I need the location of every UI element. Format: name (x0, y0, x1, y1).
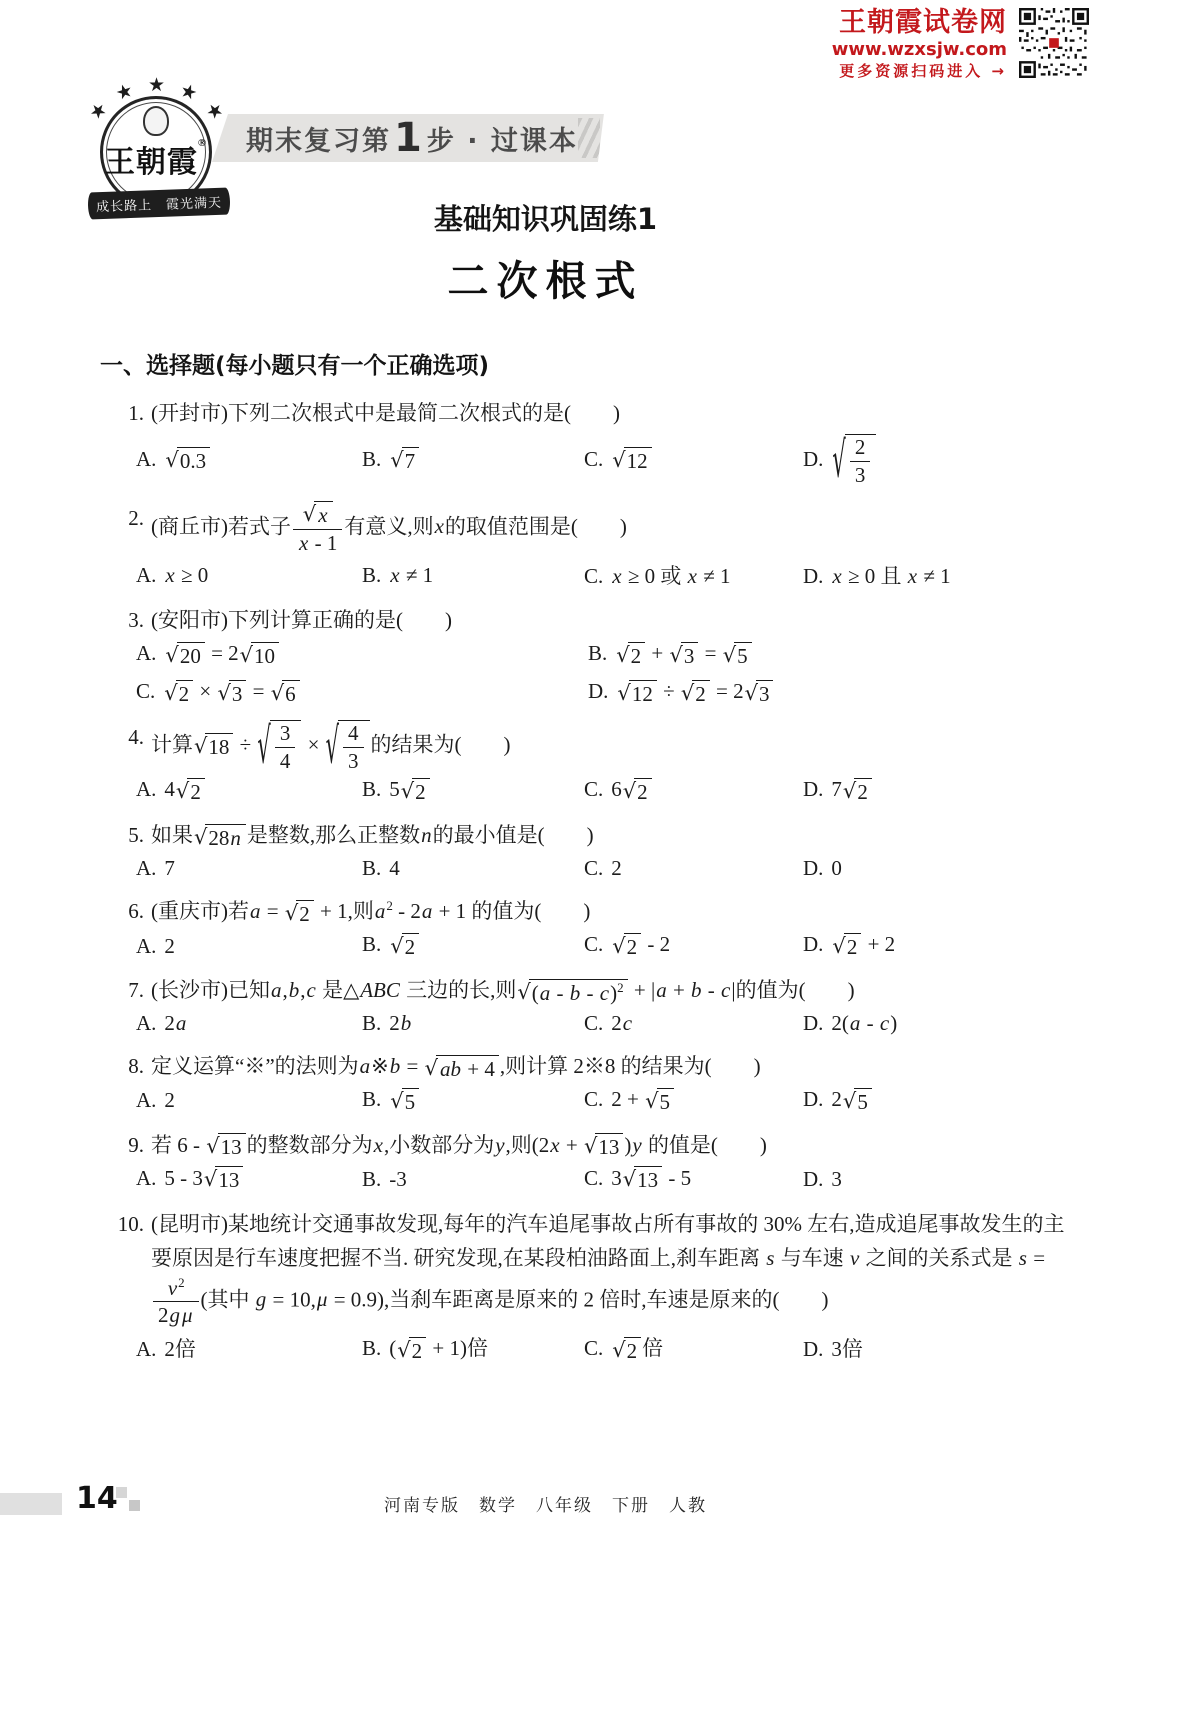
option-label: B. (362, 932, 381, 956)
option-value: √23 (831, 447, 877, 471)
answer-option: C.√2倍 (584, 1332, 803, 1364)
answer-option: B.5√2 (362, 777, 584, 805)
answer-option: D.3 (803, 1167, 1081, 1192)
section-heading: 一、选择题(每小题只有一个正确选项) (100, 347, 1081, 380)
question-text: (商丘市)若式子√xx - 1有意义,则x的取值范围是( ) (151, 501, 1081, 557)
option-label: A. (136, 856, 156, 880)
question-number: 1. (100, 396, 151, 430)
answer-option: A.2倍 (136, 1333, 362, 1363)
option-label: D. (803, 1087, 823, 1111)
option-label: D. (803, 447, 823, 471)
question: 5. 如果√28n是整数,那么正整数n的最小值是( ) A.7 B.4 C.2 … (100, 818, 1081, 881)
option-label: B. (588, 641, 607, 665)
answer-option: D.0 (803, 856, 1081, 881)
question: 7. (长沙市)已知a,b,c 是△ABC 三边的长,则√(a - b - c)… (100, 973, 1081, 1036)
option-value: 3倍 (831, 1337, 863, 1361)
option-label: B. (362, 1167, 381, 1191)
answer-option: D.√12 ÷ √2 = 2√3 (588, 679, 1081, 707)
option-value: √2 (389, 932, 420, 956)
answer-option: B.√2 (362, 932, 584, 960)
question-text: (开封市)下列二次根式中是最简二次根式的是( ) (151, 396, 1081, 430)
option-label: A. (136, 1011, 156, 1035)
worksheet-body: 基础知识巩固练1 二次根式 一、选择题(每小题只有一个正确选项) 1. (开封市… (0, 0, 1181, 1364)
answer-option: A.4√2 (136, 777, 362, 805)
question-number: 5. (100, 818, 151, 852)
option-value: 4√2 (164, 777, 205, 801)
option-value: √2 - 2 (611, 932, 670, 956)
option-value: √2 + √3 = √5 (615, 641, 752, 665)
option-value: x ≠ 1 (389, 563, 433, 587)
option-value: 2 + √5 (611, 1087, 675, 1111)
option-label: D. (803, 564, 823, 588)
answer-option: D.3倍 (803, 1333, 1081, 1363)
option-value: √20 = 2√10 (164, 641, 280, 665)
option-label: C. (584, 777, 603, 801)
answer-option: B.(√2 + 1)倍 (362, 1332, 584, 1364)
option-value: 2c (611, 1011, 633, 1035)
options-row: A.2倍 B.(√2 + 1)倍 C.√2倍 D.3倍 (136, 1332, 1081, 1364)
option-value: 5√2 (389, 777, 430, 801)
option-label: B. (362, 1336, 381, 1360)
answer-option: B.x ≠ 1 (362, 563, 584, 588)
option-value: 2 (611, 856, 622, 880)
practice-title: 基础知识巩固练1 (100, 197, 991, 238)
options-row: A.2a B.2b C.2c D.2(a - c) (136, 1011, 1081, 1036)
question-number: 7. (100, 973, 151, 1007)
options-row: A.5 - 3√13 B.-3 C.3√13 - 5 D.3 (136, 1166, 1081, 1194)
answer-option: A.2 (136, 1088, 362, 1113)
question: 1. (开封市)下列二次根式中是最简二次根式的是( ) A.√0.3 B.√7 … (100, 396, 1081, 488)
options-row: A.x ≥ 0 B.x ≠ 1 C.x ≥ 0 或 x ≠ 1 D.x ≥ 0 … (136, 560, 1081, 590)
options-row: A.√0.3 B.√7 C.√12 D.√23 (136, 434, 1081, 488)
option-value: √0.3 (164, 447, 211, 471)
question-stem: 3. (安阳市)下列计算正确的是( ) (100, 603, 1081, 637)
answer-option: B.√2 + √3 = √5 (588, 641, 1081, 669)
question-text: 定义运算“※”的法则为a※b = √ab + 4,则计算 2※8 的结果为( ) (151, 1049, 1081, 1083)
option-label: C. (584, 1336, 603, 1360)
answer-option: C.2 (584, 856, 803, 881)
option-value: 3√13 - 5 (611, 1166, 691, 1190)
option-label: D. (803, 777, 823, 801)
option-value: 2√5 (831, 1087, 872, 1111)
option-label: A. (136, 934, 156, 958)
question-number: 4. (100, 720, 151, 774)
option-value: 2倍 (164, 1337, 196, 1361)
option-value: 7√2 (831, 777, 872, 801)
option-label: C. (584, 447, 603, 471)
question-stem: 8. 定义运算“※”的法则为a※b = √ab + 4,则计算 2※8 的结果为… (100, 1049, 1081, 1083)
answer-option: A.5 - 3√13 (136, 1166, 362, 1194)
question-number: 9. (100, 1128, 151, 1162)
option-label: A. (136, 563, 156, 587)
option-label: B. (362, 563, 381, 587)
answer-option: B.-3 (362, 1167, 584, 1192)
option-value: 2 (164, 1088, 175, 1112)
option-value: x ≥ 0 且 x ≠ 1 (831, 564, 950, 588)
answer-option: C.√2 × √3 = √6 (136, 679, 588, 707)
option-value: √2 + 2 (831, 932, 895, 956)
page-footer: 14 河南专版 数学 八年级 下册 人教 (0, 1481, 1181, 1527)
question-stem: 4. 计算√18 ÷ √34 × √43的结果为( ) (100, 720, 1081, 774)
answer-option: D.x ≥ 0 且 x ≠ 1 (803, 560, 1081, 590)
option-value: 7 (164, 856, 175, 880)
question-text: 如果√28n是整数,那么正整数n的最小值是( ) (151, 818, 1081, 852)
worksheet-page: ★★★★★ 王朝霞® 成长路上 霞光满天 期末复习第 1 步 · 过课本 王朝霞… (0, 0, 1181, 1730)
answer-option: B.2b (362, 1011, 584, 1036)
question-number: 3. (100, 603, 151, 637)
question-number: 8. (100, 1049, 151, 1083)
option-label: C. (584, 1011, 603, 1035)
answer-option: C.6√2 (584, 777, 803, 805)
option-label: A. (136, 447, 156, 471)
question-text: 计算√18 ÷ √34 × √43的结果为( ) (151, 720, 1081, 774)
option-value: 2a (164, 1011, 187, 1035)
option-label: C. (136, 679, 155, 703)
option-value: 2 (164, 934, 175, 958)
option-value: √2倍 (611, 1336, 663, 1360)
option-label: B. (362, 777, 381, 801)
question: 10. (昆明市)某地统计交通事故发现,每年的汽车追尾事故占所有事故的 30% … (100, 1207, 1081, 1364)
question-stem: 10. (昆明市)某地统计交通事故发现,每年的汽车追尾事故占所有事故的 30% … (100, 1207, 1081, 1329)
question-text: (长沙市)已知a,b,c 是△ABC 三边的长,则√(a - b - c)2 +… (151, 973, 1081, 1007)
option-value: √2 × √3 = √6 (163, 679, 300, 703)
answer-option: D.√23 (803, 434, 1081, 488)
answer-option: A.x ≥ 0 (136, 563, 362, 588)
question-text: 若 6 - √13的整数部分为x,小数部分为y,则(2x + √13)y 的值是… (151, 1128, 1081, 1162)
answer-option: A.2 (136, 934, 362, 959)
option-label: D. (803, 856, 823, 880)
question-stem: 2. (商丘市)若式子√xx - 1有意义,则x的取值范围是( ) (100, 501, 1081, 557)
answer-option: D.√2 + 2 (803, 932, 1081, 960)
option-value: √7 (389, 447, 420, 471)
question: 2. (商丘市)若式子√xx - 1有意义,则x的取值范围是( ) A.x ≥ … (100, 501, 1081, 591)
question: 6. (重庆市)若a = √2 + 1,则a2 - 2a + 1 的值为( ) … (100, 894, 1081, 960)
option-label: B. (362, 447, 381, 471)
answer-option: D.2√5 (803, 1087, 1081, 1115)
question-text: (重庆市)若a = √2 + 1,则a2 - 2a + 1 的值为( ) (151, 894, 1081, 928)
question-stem: 7. (长沙市)已知a,b,c 是△ABC 三边的长,则√(a - b - c)… (100, 973, 1081, 1007)
option-value: x ≥ 0 (164, 563, 208, 587)
option-label: B. (362, 1087, 381, 1111)
option-label: D. (803, 1337, 823, 1361)
question-stem: 1. (开封市)下列二次根式中是最简二次根式的是( ) (100, 396, 1081, 430)
question: 9. 若 6 - √13的整数部分为x,小数部分为y,则(2x + √13)y … (100, 1128, 1081, 1194)
option-label: D. (803, 1167, 823, 1191)
question-text: (安阳市)下列计算正确的是( ) (151, 603, 1081, 637)
option-value: √12 ÷ √2 = 2√3 (616, 679, 774, 703)
options-row: A.7 B.4 C.2 D.0 (136, 856, 1081, 881)
question: 8. 定义运算“※”的法则为a※b = √ab + 4,则计算 2※8 的结果为… (100, 1049, 1081, 1115)
answer-option: A.2a (136, 1011, 362, 1036)
question-number: 6. (100, 894, 151, 928)
answer-option: D.7√2 (803, 777, 1081, 805)
options-row: A.2 B.√2 C.√2 - 2 D.√2 + 2 (136, 932, 1081, 960)
question-stem: 9. 若 6 - √13的整数部分为x,小数部分为y,则(2x + √13)y … (100, 1128, 1081, 1162)
answer-option: A.√0.3 (136, 447, 362, 475)
option-value: x ≥ 0 或 x ≠ 1 (611, 564, 730, 588)
question-stem: 5. 如果√28n是整数,那么正整数n的最小值是( ) (100, 818, 1081, 852)
question-stem: 6. (重庆市)若a = √2 + 1,则a2 - 2a + 1 的值为( ) (100, 894, 1081, 928)
option-label: A. (136, 1088, 156, 1112)
option-label: C. (584, 1166, 603, 1190)
option-label: D. (803, 1011, 823, 1035)
answer-option: B.4 (362, 856, 584, 881)
edition-info: 河南专版 数学 八年级 下册 人教 (0, 1491, 1091, 1516)
answer-option: D.2(a - c) (803, 1011, 1081, 1036)
answer-option: C.2c (584, 1011, 803, 1036)
answer-option: B.√7 (362, 447, 584, 475)
option-value: -3 (389, 1167, 407, 1191)
option-value: 2(a - c) (831, 1011, 897, 1035)
question-number: 10. (100, 1207, 151, 1329)
option-label: D. (588, 679, 608, 703)
option-label: C. (584, 564, 603, 588)
options-row: A.2 B.√5 C.2 + √5 D.2√5 (136, 1087, 1081, 1115)
questions-list: 1. (开封市)下列二次根式中是最简二次根式的是( ) A.√0.3 B.√7 … (100, 396, 1081, 1364)
option-label: C. (584, 856, 603, 880)
option-label: C. (584, 932, 603, 956)
answer-option: C.3√13 - 5 (584, 1166, 803, 1194)
question-text: (昆明市)某地统计交通事故发现,每年的汽车追尾事故占所有事故的 30% 左右,造… (151, 1207, 1081, 1329)
option-label: A. (136, 777, 156, 801)
option-label: B. (362, 856, 381, 880)
topic-title: 二次根式 (100, 248, 991, 307)
question-number: 2. (100, 501, 151, 557)
option-value: 4 (389, 856, 400, 880)
answer-option: B.√5 (362, 1087, 584, 1115)
option-label: A. (136, 1337, 156, 1361)
option-value: √12 (611, 447, 652, 471)
option-value: 5 - 3√13 (164, 1166, 244, 1190)
option-value: 6√2 (611, 777, 652, 801)
answer-option: C.2 + √5 (584, 1087, 803, 1115)
question: 3. (安阳市)下列计算正确的是( ) A.√20 = 2√10 B.√2 + … (100, 603, 1081, 707)
option-value: 2b (389, 1011, 412, 1035)
option-label: C. (584, 1087, 603, 1111)
answer-option: C.x ≥ 0 或 x ≠ 1 (584, 560, 803, 590)
option-value: 3 (831, 1167, 842, 1191)
options-row: A.√20 = 2√10 B.√2 + √3 = √5 C.√2 × √3 = … (136, 641, 1081, 707)
answer-option: C.√2 - 2 (584, 932, 803, 960)
answer-option: A.7 (136, 856, 362, 881)
options-row: A.4√2 B.5√2 C.6√2 D.7√2 (136, 777, 1081, 805)
answer-option: A.√20 = 2√10 (136, 641, 588, 669)
option-value: 0 (831, 856, 842, 880)
option-value: √5 (389, 1087, 420, 1111)
option-label: A. (136, 641, 156, 665)
option-value: (√2 + 1)倍 (389, 1336, 488, 1360)
option-label: D. (803, 932, 823, 956)
question: 4. 计算√18 ÷ √34 × √43的结果为( ) A.4√2 B.5√2 … (100, 720, 1081, 805)
answer-option: C.√12 (584, 447, 803, 475)
option-label: A. (136, 1166, 156, 1190)
option-label: B. (362, 1011, 381, 1035)
